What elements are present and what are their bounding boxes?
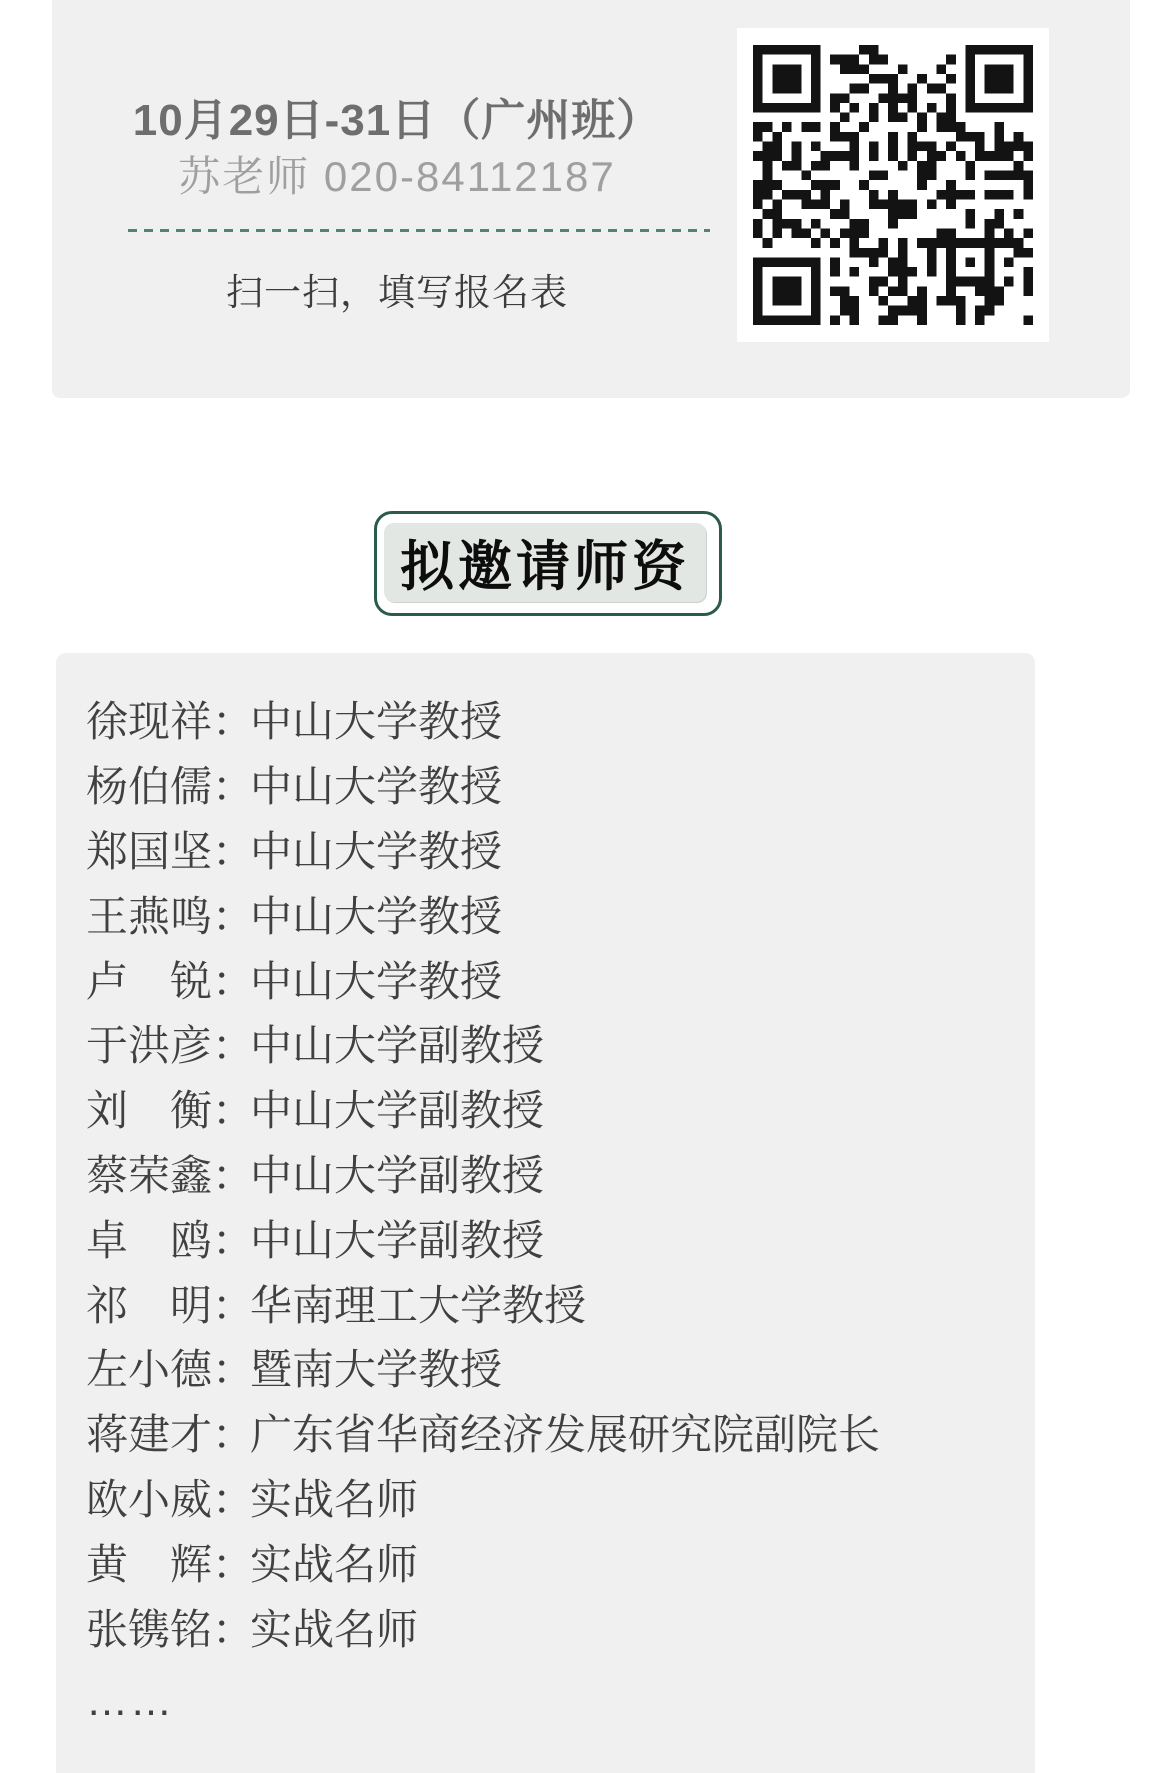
colon-separator: ： bbox=[212, 1467, 250, 1527]
scan-caption: 扫一扫，填写报名表 bbox=[52, 262, 742, 316]
faculty-name: 卢 锐 bbox=[86, 949, 212, 1009]
colon-separator: ： bbox=[212, 1532, 250, 1592]
colon-separator: ： bbox=[212, 1078, 250, 1138]
faculty-title: 中山大学教授 bbox=[250, 949, 502, 1009]
faculty-name: 徐现祥 bbox=[86, 689, 212, 749]
faculty-row: 卓 鸥：中山大学副教授 bbox=[86, 1205, 1035, 1270]
schedule-line: 10月29日-31日（广州班） bbox=[52, 84, 742, 148]
faculty-row: 蒋建才：广东省华商经济发展研究院副院长 bbox=[86, 1400, 1035, 1465]
faculty-row: 刘 衡：中山大学副教授 bbox=[86, 1076, 1035, 1141]
faculty-title: 中山大学副教授 bbox=[250, 1013, 544, 1073]
faculty-title: 中山大学副教授 bbox=[250, 1208, 544, 1268]
faculty-row: 蔡荣鑫：中山大学副教授 bbox=[86, 1141, 1035, 1206]
faculty-name: 于洪彦 bbox=[86, 1013, 212, 1073]
faculty-title: 中山大学副教授 bbox=[250, 1078, 544, 1138]
faculty-name: 左小德 bbox=[86, 1337, 212, 1397]
faculty-title: 中山大学教授 bbox=[250, 884, 502, 944]
faculty-name: 杨伯儒 bbox=[86, 754, 212, 814]
faculty-title: 华南理工大学教授 bbox=[250, 1273, 586, 1333]
colon-separator: ： bbox=[212, 689, 250, 749]
faculty-name: 黄 辉 bbox=[86, 1532, 212, 1592]
faculty-row: 欧小威：实战名师 bbox=[86, 1465, 1035, 1530]
contact-line: 苏老师 020-84112187 bbox=[52, 144, 742, 204]
faculty-name: 郑国坚 bbox=[86, 819, 212, 879]
colon-separator: ： bbox=[212, 1013, 250, 1073]
faculty-name: 蔡荣鑫 bbox=[86, 1143, 212, 1203]
header-card: 10月29日-31日（广州班） 苏老师 020-84112187 扫一扫，填写报… bbox=[52, 0, 1130, 398]
colon-separator: ： bbox=[212, 1597, 250, 1657]
faculty-row: 祁 明：华南理工大学教授 bbox=[86, 1270, 1035, 1335]
colon-separator: ： bbox=[212, 1402, 250, 1462]
section-badge-inner: 拟邀请师资 bbox=[384, 523, 706, 602]
faculty-name: 欧小威 bbox=[86, 1467, 212, 1527]
colon-separator: ： bbox=[212, 754, 250, 814]
faculty-name: 刘 衡 bbox=[86, 1078, 212, 1138]
faculty-card: 徐现祥：中山大学教授 杨伯儒：中山大学教授 郑国坚：中山大学教授 王燕鸣：中山大… bbox=[56, 653, 1035, 1773]
faculty-name: 蒋建才 bbox=[86, 1402, 212, 1462]
colon-separator: ： bbox=[212, 949, 250, 1009]
section-badge-label: 拟邀请师资 bbox=[400, 524, 690, 601]
dashed-divider bbox=[128, 229, 710, 232]
colon-separator: ： bbox=[212, 1337, 250, 1397]
faculty-row: 徐现祥：中山大学教授 bbox=[86, 687, 1035, 752]
faculty-title: 中山大学教授 bbox=[250, 754, 502, 814]
faculty-title: 暨南大学教授 bbox=[250, 1337, 502, 1397]
colon-separator: ： bbox=[212, 819, 250, 879]
faculty-title: 中山大学副教授 bbox=[250, 1143, 544, 1203]
faculty-name: 王燕鸣 bbox=[86, 884, 212, 944]
faculty-title: 实战名师 bbox=[250, 1532, 418, 1592]
faculty-name: 卓 鸥 bbox=[86, 1208, 212, 1268]
colon-separator: ： bbox=[212, 1143, 250, 1203]
faculty-row: 于洪彦：中山大学副教授 bbox=[86, 1011, 1035, 1076]
faculty-name: 祁 明 bbox=[86, 1273, 212, 1333]
section-badge: 拟邀请师资 bbox=[374, 511, 722, 616]
qr-code-icon bbox=[753, 45, 1033, 325]
faculty-row: 张镌铭：实战名师 bbox=[86, 1594, 1035, 1659]
colon-separator: ： bbox=[212, 1208, 250, 1268]
faculty-title: 实战名师 bbox=[250, 1467, 418, 1527]
qr-code-box bbox=[737, 28, 1049, 342]
faculty-title: 实战名师 bbox=[250, 1597, 418, 1657]
faculty-title: 中山大学教授 bbox=[250, 689, 502, 749]
faculty-row: 卢 锐：中山大学教授 bbox=[86, 946, 1035, 1011]
faculty-title: 中山大学教授 bbox=[250, 819, 502, 879]
faculty-name: 张镌铭 bbox=[86, 1597, 212, 1657]
faculty-row: 郑国坚：中山大学教授 bbox=[86, 817, 1035, 882]
faculty-row: 黄 辉：实战名师 bbox=[86, 1529, 1035, 1594]
colon-separator: ： bbox=[212, 884, 250, 944]
faculty-list: 徐现祥：中山大学教授 杨伯儒：中山大学教授 郑国坚：中山大学教授 王燕鸣：中山大… bbox=[86, 687, 1035, 1659]
faculty-row: 左小德：暨南大学教授 bbox=[86, 1335, 1035, 1400]
header-info: 10月29日-31日（广州班） 苏老师 020-84112187 扫一扫，填写报… bbox=[52, 0, 742, 398]
faculty-row: 王燕鸣：中山大学教授 bbox=[86, 881, 1035, 946]
faculty-row: 杨伯儒：中山大学教授 bbox=[86, 752, 1035, 817]
faculty-title: 广东省华商经济发展研究院副院长 bbox=[250, 1402, 880, 1462]
colon-separator: ： bbox=[212, 1273, 250, 1333]
faculty-ellipsis: …… bbox=[86, 1671, 1035, 1731]
